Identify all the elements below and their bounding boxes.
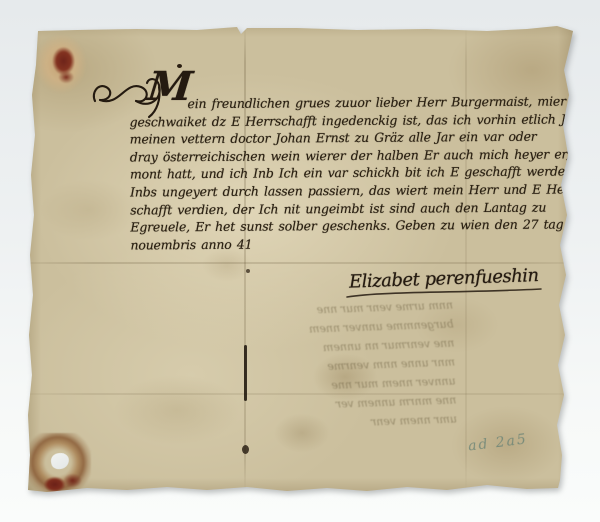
letter-paper: M ein freundlichen grues zuuor lieber He… [27, 25, 574, 492]
ink-speck [177, 64, 182, 68]
ink-slit-mark [244, 345, 247, 401]
letter-body: ein freundlichen grues zuuor lieber Herr… [129, 92, 566, 253]
archival-note: ad 2a5 [467, 431, 528, 454]
seal-tear-hole [50, 451, 71, 470]
bleedthrough-text: nnm urme venr mur nne burgenmme unnver n… [253, 296, 458, 436]
wax-seal-top-left [35, 34, 87, 94]
ink-dot-mark [242, 445, 249, 454]
paper-shadow-wrap: M ein freundlichen grues zuuor lieber He… [0, 0, 600, 522]
letter-line: nouembris anno 41 [130, 233, 566, 254]
fold-crease-horizontal-upper [27, 262, 574, 264]
photograph-background: M ein freundlichen grues zuuor lieber He… [0, 0, 600, 522]
letter-line: Egreuele, Er het sunst solber geschenks.… [130, 216, 566, 237]
ink-speck [246, 269, 250, 273]
